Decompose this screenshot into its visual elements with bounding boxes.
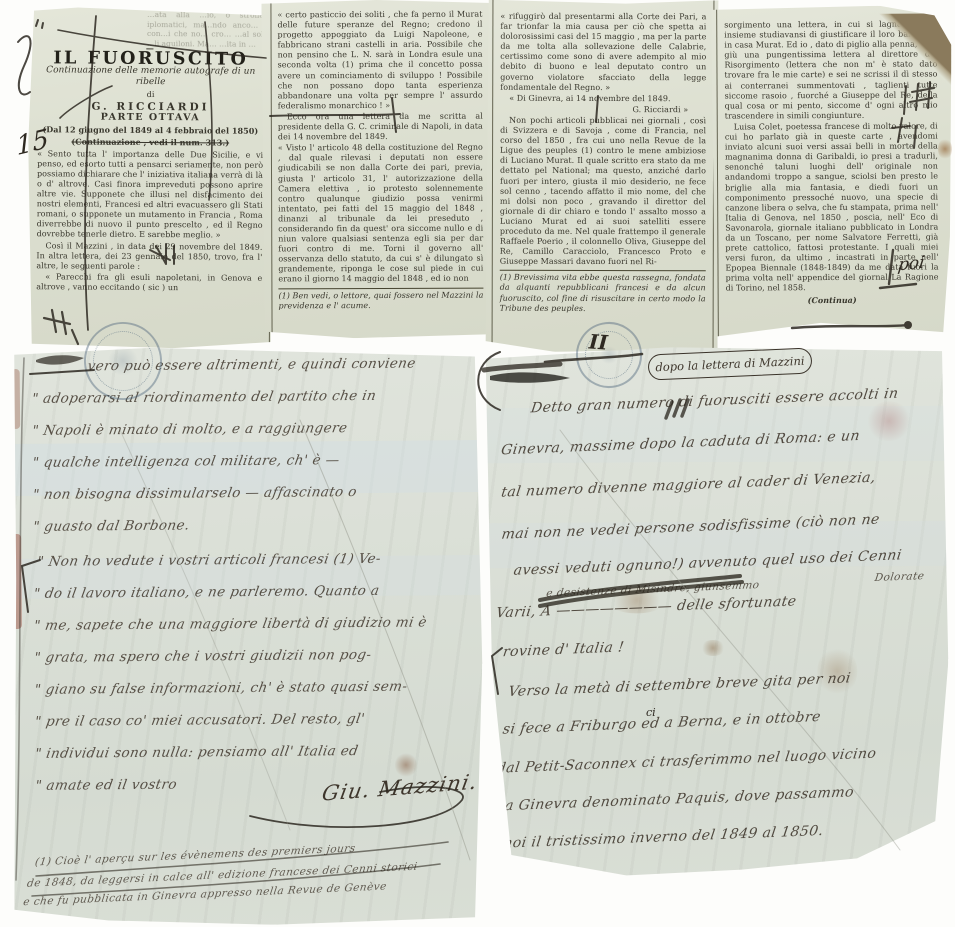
poi-annotation: poi — [897, 252, 926, 275]
foxing-spot — [938, 138, 952, 160]
part-label: PARTE OTTAVA — [37, 113, 263, 125]
stain — [11, 534, 22, 629]
manuscript-page-left: vero può essere altrimenti, e quindi con… — [9, 345, 484, 927]
continua-note: (Continua) — [726, 294, 939, 305]
boxed-annotation-text: dopo la lettera di Mazzini — [655, 354, 805, 374]
page-title: IL FUORUSCITO — [38, 53, 264, 65]
caret-insert-word: Dolorate — [874, 570, 925, 584]
newspaper-clipping-column-2: « certo pasticcio dei soliti , che fa pe… — [261, 0, 492, 338]
newspaper-clipping-column-3: « rifuggirò dal presentarmi alla Corte d… — [486, 0, 719, 352]
manuscript-line: " guasto dal Borbone. — [32, 517, 191, 534]
foxing-spot — [395, 752, 417, 778]
footnote: (1) Ben vedi, o lettore, quai fossero ne… — [278, 287, 483, 311]
manuscript-line: " pre il caso co' miei accusatori. Del r… — [33, 711, 366, 730]
manuscript-line: " do il lavoro italiano, e ne parleremo.… — [32, 583, 380, 602]
manuscript-line: " Napoli è minato di molto, e a raggiung… — [31, 420, 349, 439]
newspaper-clipping-column-1: …ata alla …io, o strollesi …iplomatici, … — [27, 7, 273, 349]
manuscript-line: " non bisogna dissimularselo — affascina… — [31, 484, 358, 503]
printed-signature: G. Ricciardi » — [500, 105, 706, 116]
manuscript-line: dal Petit-Saconnex ci trasferimmo nel lu… — [496, 746, 878, 777]
paragraph: « Visto l' articolo 48 della costituzion… — [278, 143, 483, 285]
footnote: (1) Brevissima vita ebbe questa rassegna… — [500, 270, 706, 314]
stain — [12, 369, 21, 429]
paragraph: Ecco ora una lettera da me scritta al pr… — [278, 112, 483, 143]
masthead: — IL FUORUSCITO Continuazione delle memo… — [37, 42, 264, 147]
dateline: « Di Ginevra, ai 14 novembre del 1849. — [500, 93, 706, 104]
paragraph: « rifuggirò dal presentarmi alla Corte d… — [500, 12, 706, 93]
manuscript-line: " qualche intelligenza col militare, ch'… — [31, 452, 341, 471]
continuation-note: (Continuazione , vedi il num. 313.) — [37, 136, 263, 148]
paragraph: « certo pasticcio dei soliti , che fa pe… — [277, 10, 482, 112]
manuscript-line: noi il tristissimo inverno del 1849 al 1… — [502, 823, 824, 852]
folded-corner — [873, 13, 951, 93]
scanned-document: …ata alla …io, o strollesi …iplomatici, … — [0, 0, 955, 927]
manuscript-page-right: Detto gran numero di fuorusciti essere a… — [486, 346, 950, 876]
manuscript-line: " giano su false informazioni, ch' è sta… — [33, 679, 409, 698]
roman-numeral-annotation: II — [588, 329, 608, 354]
caret-insert-ci: ci — [646, 706, 656, 719]
manuscript-line: " me, sapete che una maggiore libertà di… — [33, 614, 429, 633]
manuscript-line: a Ginevra denominato Paquis, dove passam… — [504, 784, 855, 814]
paragraph: « Parecchi fra gli esuli napoletani, in … — [36, 272, 262, 294]
paragraph: Non pochi articoli pubblicai nei giornal… — [500, 116, 706, 268]
manuscript-line: tal numero divenne maggiore al cader di … — [500, 470, 877, 501]
stain — [866, 401, 912, 441]
paragraph: Così il Mazzini , in data dei 29 novembr… — [36, 241, 262, 273]
masthead-di: di — [38, 89, 264, 101]
manuscript-line: " individui sono nulla: pensiamo all' It… — [34, 743, 360, 762]
manuscript-line: " amate ed il vostro — [34, 777, 178, 794]
paragraph: « Sento tutta l' importanza delle Due Si… — [37, 149, 264, 241]
manuscript-line: " adoperarsi al riordinamento del partit… — [31, 388, 378, 407]
date-range: (Dal 12 giugno del 1849 al 4 febbraio de… — [37, 125, 263, 137]
manuscript-line: rovine d' Italia ! — [502, 639, 625, 660]
manuscript-line: si fece a Friburgo ed a Berna, e in otto… — [502, 709, 822, 738]
manuscript-line: " grata, ma spero che i vostri giudizii … — [33, 647, 373, 666]
manuscript-line: " Non ho vedute i vostri articoli france… — [36, 551, 382, 570]
manuscript-line: Verso la metà di settembre breve gita pe… — [507, 670, 851, 700]
masthead-subtitle: Continuazione delle memorie autografe di… — [46, 65, 256, 87]
newspaper-clipping-column-4: sorgimento una lettera, in cui si lagnav… — [711, 5, 953, 336]
foxing-spot — [700, 640, 726, 656]
